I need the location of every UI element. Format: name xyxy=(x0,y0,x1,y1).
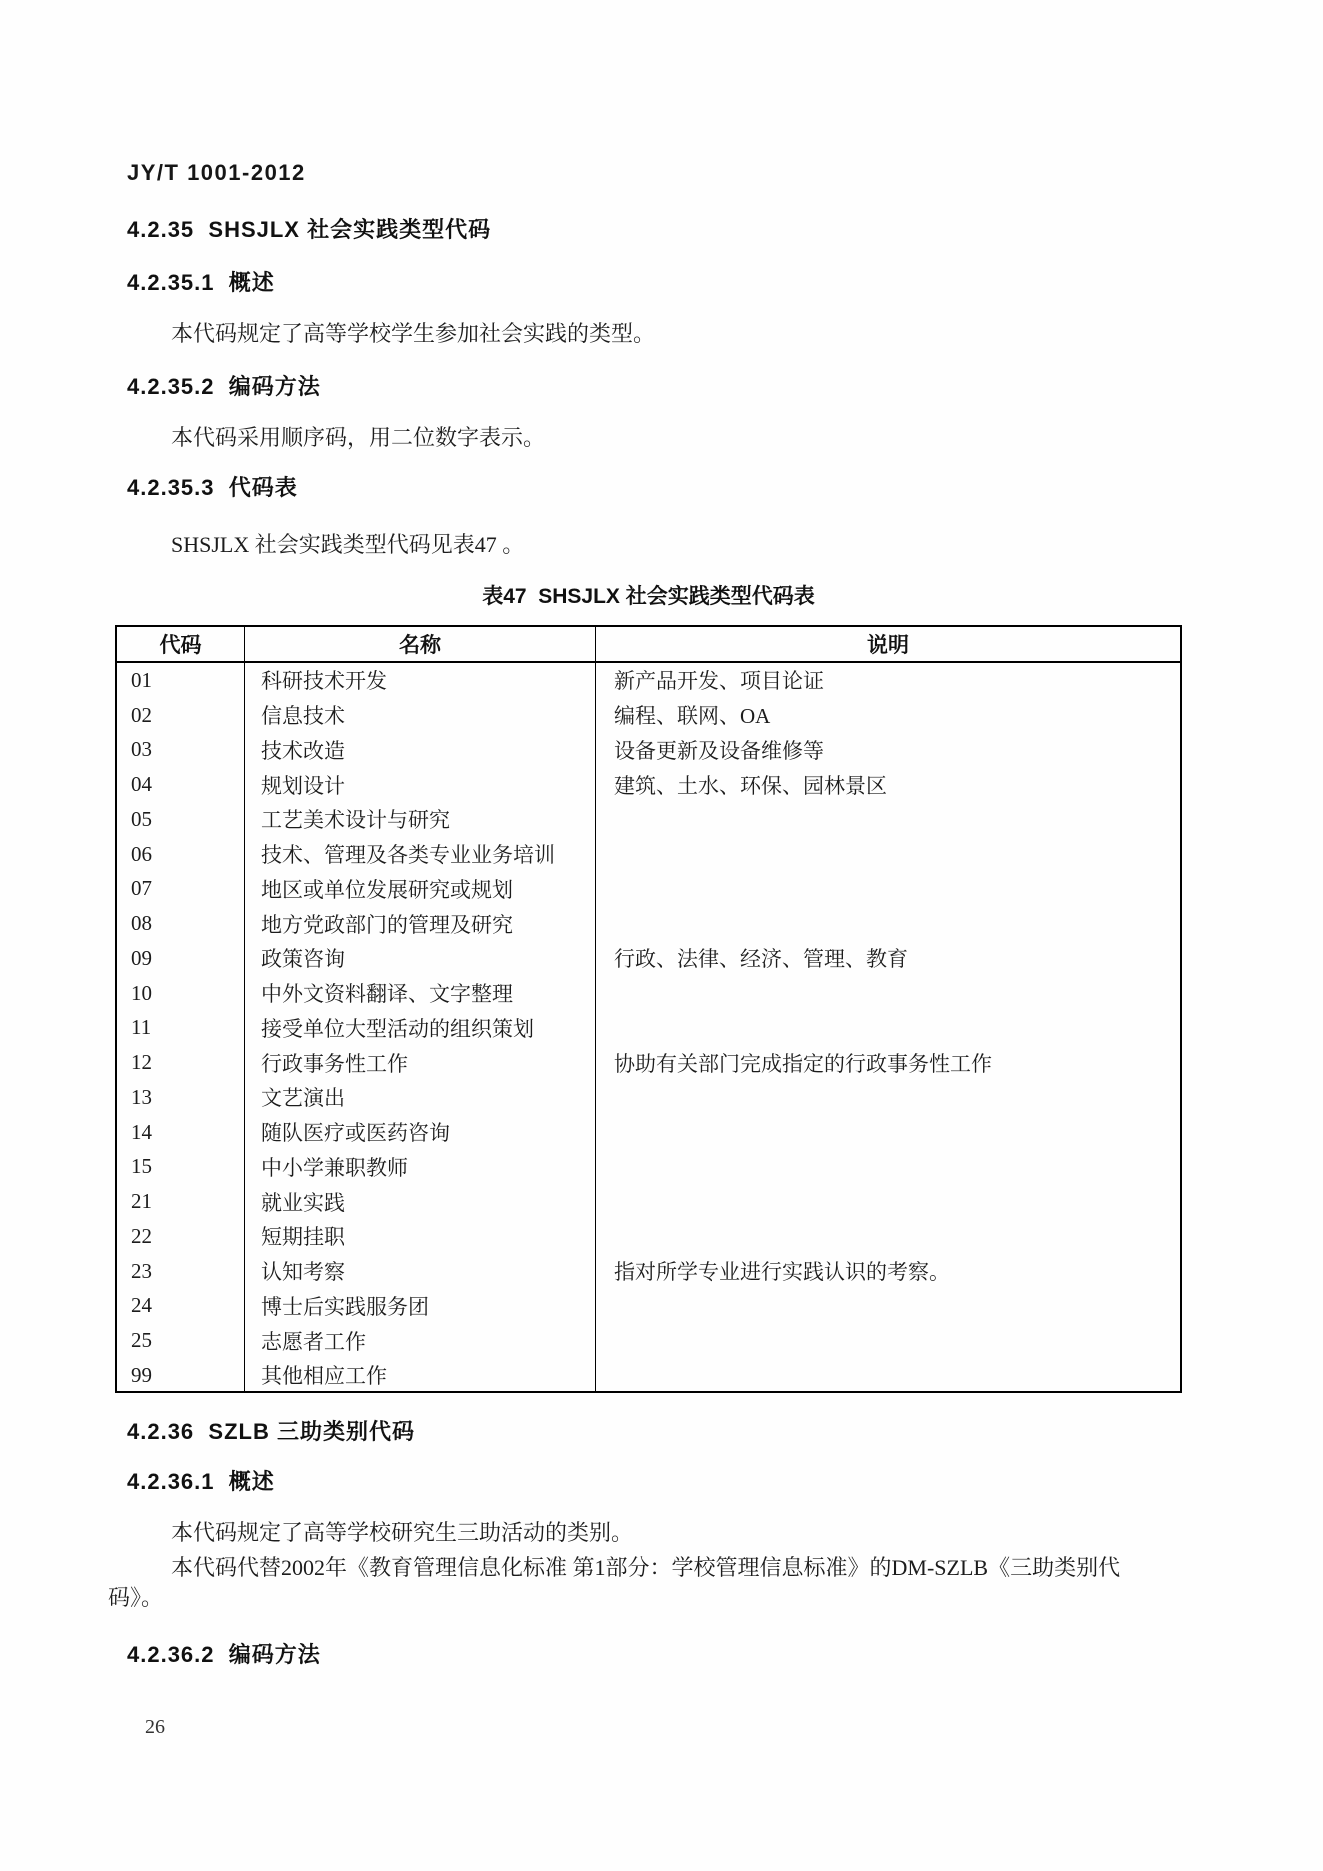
table-cell-name: 中小学兼职教师 xyxy=(245,1150,596,1185)
table-cell-name: 其他相应工作 xyxy=(245,1358,596,1393)
table-cell-code: 22 xyxy=(117,1219,245,1254)
table-cell-code: 02 xyxy=(117,698,245,733)
document-page: JY/T 1001-2012 4.2.35 SHSJLX 社会实践类型代码 4.… xyxy=(0,0,1323,1871)
table-cell-code: 09 xyxy=(117,941,245,976)
table-row: 10中外文资料翻译、文字整理 xyxy=(117,976,1180,1011)
section-heading-4-2-35: 4.2.35 SHSJLX 社会实践类型代码 xyxy=(127,216,491,244)
table-cell-code: 06 xyxy=(117,837,245,872)
table-cell-name: 志愿者工作 xyxy=(245,1323,596,1358)
table-header-name: 名称 xyxy=(245,627,596,661)
table-row: 11接受单位大型活动的组织策划 xyxy=(117,1011,1180,1046)
table-cell-code: 08 xyxy=(117,906,245,941)
table-body: 01科研技术开发新产品开发、项目论证02信息技术编程、联网、OA03技术改造设备… xyxy=(117,663,1180,1393)
table-cell-name: 地方党政部门的管理及研究 xyxy=(245,906,596,941)
table-cell-description: 行政、法律、经济、管理、教育 xyxy=(596,941,1180,976)
table-cell-name: 规划设计 xyxy=(245,767,596,802)
table-cell-name: 博士后实践服务团 xyxy=(245,1289,596,1324)
table-cell-name: 随队医疗或医药咨询 xyxy=(245,1115,596,1150)
table-cell-description xyxy=(596,1115,1180,1150)
table-cell-code: 25 xyxy=(117,1323,245,1358)
section-heading-4-2-36: 4.2.36 SZLB 三助类别代码 xyxy=(127,1418,415,1446)
paragraph-overview-4-2-35: 本代码规定了高等学校学生参加社会实践的类型。 xyxy=(171,319,655,349)
paragraph-code-table-ref: SHSJLX 社会实践类型代码见表47 。 xyxy=(171,530,524,560)
paragraph-overview-4-2-36-line3: 码》。 xyxy=(108,1583,163,1613)
table-cell-description: 建筑、土水、环保、园林景区 xyxy=(596,767,1180,802)
table-row: 14随队医疗或医药咨询 xyxy=(117,1115,1180,1150)
table-cell-code: 14 xyxy=(117,1115,245,1150)
table-row: 24博士后实践服务团 xyxy=(117,1289,1180,1324)
table-cell-description xyxy=(596,1184,1180,1219)
table-row: 21就业实践 xyxy=(117,1184,1180,1219)
paragraph-coding-method-4-2-35: 本代码采用顺序码，用二位数字表示。 xyxy=(171,423,545,453)
table-row: 04规划设计建筑、土水、环保、园林景区 xyxy=(117,767,1180,802)
table-cell-name: 认知考察 xyxy=(245,1254,596,1289)
table-cell-code: 24 xyxy=(117,1289,245,1324)
table-cell-code: 12 xyxy=(117,1045,245,1080)
table-row: 15中小学兼职教师 xyxy=(117,1150,1180,1185)
subsection-heading-4-2-35-1: 4.2.35.1 概述 xyxy=(127,269,275,297)
code-table: 代码 名称 说明 01科研技术开发新产品开发、项目论证02信息技术编程、联网、O… xyxy=(115,625,1182,1393)
table-cell-description xyxy=(596,976,1180,1011)
table-row: 02信息技术编程、联网、OA xyxy=(117,698,1180,733)
subsection-heading-4-2-36-2: 4.2.36.2 编码方法 xyxy=(127,1641,321,1669)
table-cell-code: 13 xyxy=(117,1080,245,1115)
table-cell-description xyxy=(596,872,1180,907)
table-header-code: 代码 xyxy=(117,627,245,661)
table-cell-description xyxy=(596,1323,1180,1358)
table-cell-code: 07 xyxy=(117,872,245,907)
table-row: 03技术改造设备更新及设备维修等 xyxy=(117,733,1180,768)
table-cell-name: 工艺美术设计与研究 xyxy=(245,802,596,837)
table-cell-code: 99 xyxy=(117,1358,245,1393)
paragraph-overview-4-2-36-line2: 本代码代替2002年《教育管理信息化标准 第1部分：学校管理信息标准》的DM-S… xyxy=(171,1553,1120,1583)
subsection-heading-4-2-36-1: 4.2.36.1 概述 xyxy=(127,1468,275,1496)
table-row: 99其他相应工作 xyxy=(117,1358,1180,1393)
table-cell-description xyxy=(596,802,1180,837)
table-cell-name: 技术、管理及各类专业业务培训 xyxy=(245,837,596,872)
table-cell-code: 03 xyxy=(117,733,245,768)
subsection-heading-4-2-35-3: 4.2.35.3 代码表 xyxy=(127,474,298,502)
table-cell-description xyxy=(596,1150,1180,1185)
table-cell-name: 就业实践 xyxy=(245,1184,596,1219)
table-cell-code: 05 xyxy=(117,802,245,837)
table-cell-name: 中外文资料翻译、文字整理 xyxy=(245,976,596,1011)
table-cell-name: 科研技术开发 xyxy=(245,663,596,698)
table-cell-description xyxy=(596,837,1180,872)
table-row: 12行政事务性工作协助有关部门完成指定的行政事务性工作 xyxy=(117,1045,1180,1080)
table-row: 13文艺演出 xyxy=(117,1080,1180,1115)
table-header-description: 说明 xyxy=(596,627,1180,661)
table-cell-code: 11 xyxy=(117,1011,245,1046)
table-cell-description: 编程、联网、OA xyxy=(596,698,1180,733)
table-cell-description xyxy=(596,906,1180,941)
table-header-row: 代码 名称 说明 xyxy=(117,627,1180,663)
table-cell-code: 23 xyxy=(117,1254,245,1289)
table-row: 08地方党政部门的管理及研究 xyxy=(117,906,1180,941)
table-cell-name: 接受单位大型活动的组织策划 xyxy=(245,1011,596,1046)
table-row: 25志愿者工作 xyxy=(117,1323,1180,1358)
table-cell-description xyxy=(596,1219,1180,1254)
table-cell-description: 新产品开发、项目论证 xyxy=(596,663,1180,698)
table-row: 01科研技术开发新产品开发、项目论证 xyxy=(117,663,1180,698)
table-caption: 表47 SHSJLX 社会实践类型代码表 xyxy=(115,584,1182,610)
table-cell-description xyxy=(596,1011,1180,1046)
table-cell-name: 政策咨询 xyxy=(245,941,596,976)
table-cell-description: 协助有关部门完成指定的行政事务性工作 xyxy=(596,1045,1180,1080)
paragraph-overview-4-2-36-line1: 本代码规定了高等学校研究生三助活动的类别。 xyxy=(171,1518,633,1548)
table-cell-code: 04 xyxy=(117,767,245,802)
table-row: 23认知考察指对所学专业进行实践认识的考察。 xyxy=(117,1254,1180,1289)
table-cell-code: 10 xyxy=(117,976,245,1011)
table-cell-code: 01 xyxy=(117,663,245,698)
table-cell-code: 21 xyxy=(117,1184,245,1219)
table-row: 22短期挂职 xyxy=(117,1219,1180,1254)
table-cell-code: 15 xyxy=(117,1150,245,1185)
table-cell-description xyxy=(596,1080,1180,1115)
table-row: 07地区或单位发展研究或规划 xyxy=(117,872,1180,907)
table-row: 06技术、管理及各类专业业务培训 xyxy=(117,837,1180,872)
table-cell-name: 文艺演出 xyxy=(245,1080,596,1115)
table-row: 05工艺美术设计与研究 xyxy=(117,802,1180,837)
table-cell-name: 行政事务性工作 xyxy=(245,1045,596,1080)
subsection-heading-4-2-35-2: 4.2.35.2 编码方法 xyxy=(127,373,321,401)
page-number: 26 xyxy=(145,1716,165,1739)
table-cell-name: 技术改造 xyxy=(245,733,596,768)
table-cell-name: 短期挂职 xyxy=(245,1219,596,1254)
table-cell-description: 指对所学专业进行实践认识的考察。 xyxy=(596,1254,1180,1289)
doc-code: JY/T 1001-2012 xyxy=(127,159,306,187)
table-row: 09政策咨询行政、法律、经济、管理、教育 xyxy=(117,941,1180,976)
table-cell-description xyxy=(596,1358,1180,1393)
table-cell-description: 设备更新及设备维修等 xyxy=(596,733,1180,768)
table-cell-name: 地区或单位发展研究或规划 xyxy=(245,872,596,907)
table-cell-name: 信息技术 xyxy=(245,698,596,733)
table-cell-description xyxy=(596,1289,1180,1324)
